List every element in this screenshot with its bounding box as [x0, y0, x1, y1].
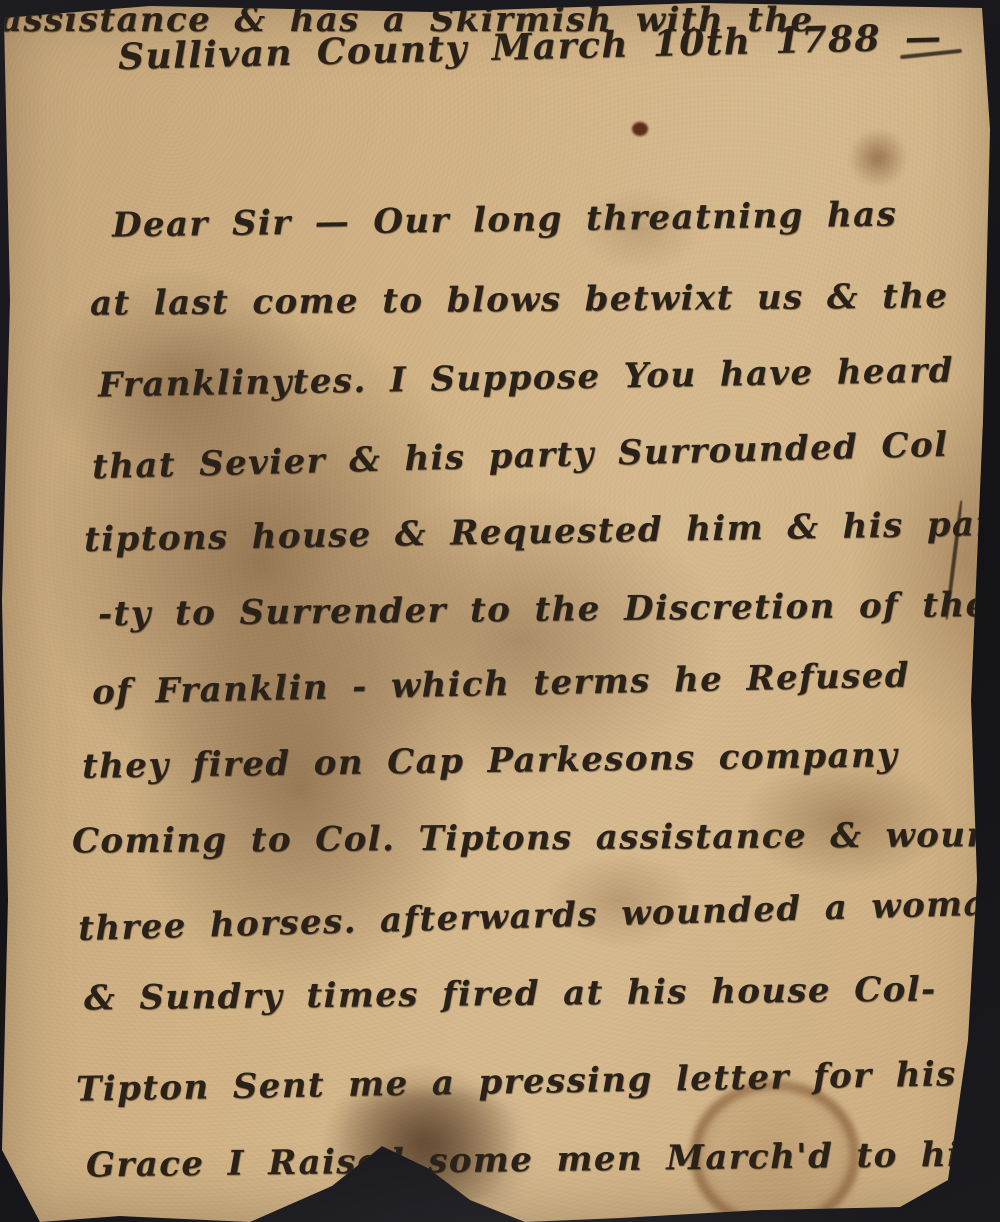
letter-line: Tipton Sent me a pressing letter for his [76, 1054, 957, 1109]
letter-line: -ty to Surrender to the Discretion of th… [98, 584, 1000, 635]
letter-line: they fired on Cap Parkesons company [82, 735, 899, 786]
letter-line: three horses. afterwards wounded a woman [78, 883, 1000, 949]
letter-line: that Sevier & his party Surrounded Col [92, 425, 949, 487]
letter-line: & Sundry times fired at his house Col- [84, 970, 937, 1019]
letter-line: Grace I Raised some men March'd to his [86, 1135, 982, 1186]
handwriting-layer: Sullivan County March 10th 1788 — Dear S… [0, 0, 1000, 1222]
letter-line: Coming to Col. Tiptons assistance & woun… [72, 815, 1000, 862]
letter-line: tiptons house & Requested him & his par [84, 504, 995, 560]
letter-line: assistance & has a Skirmish with the [0, 0, 814, 40]
letter-page: Sullivan County March 10th 1788 — Dear S… [0, 0, 1000, 1222]
letter-line: Dear Sir — Our long threatning has [112, 195, 898, 246]
letter-line: Franklinytes. I Suppose You have heard [98, 351, 954, 406]
photograph-background: Sullivan County March 10th 1788 — Dear S… [0, 0, 1000, 1222]
letter-line: of Franklin - which terms he Refused [92, 655, 911, 712]
letter-line: at last come to blows betwixt us & the [90, 276, 949, 323]
